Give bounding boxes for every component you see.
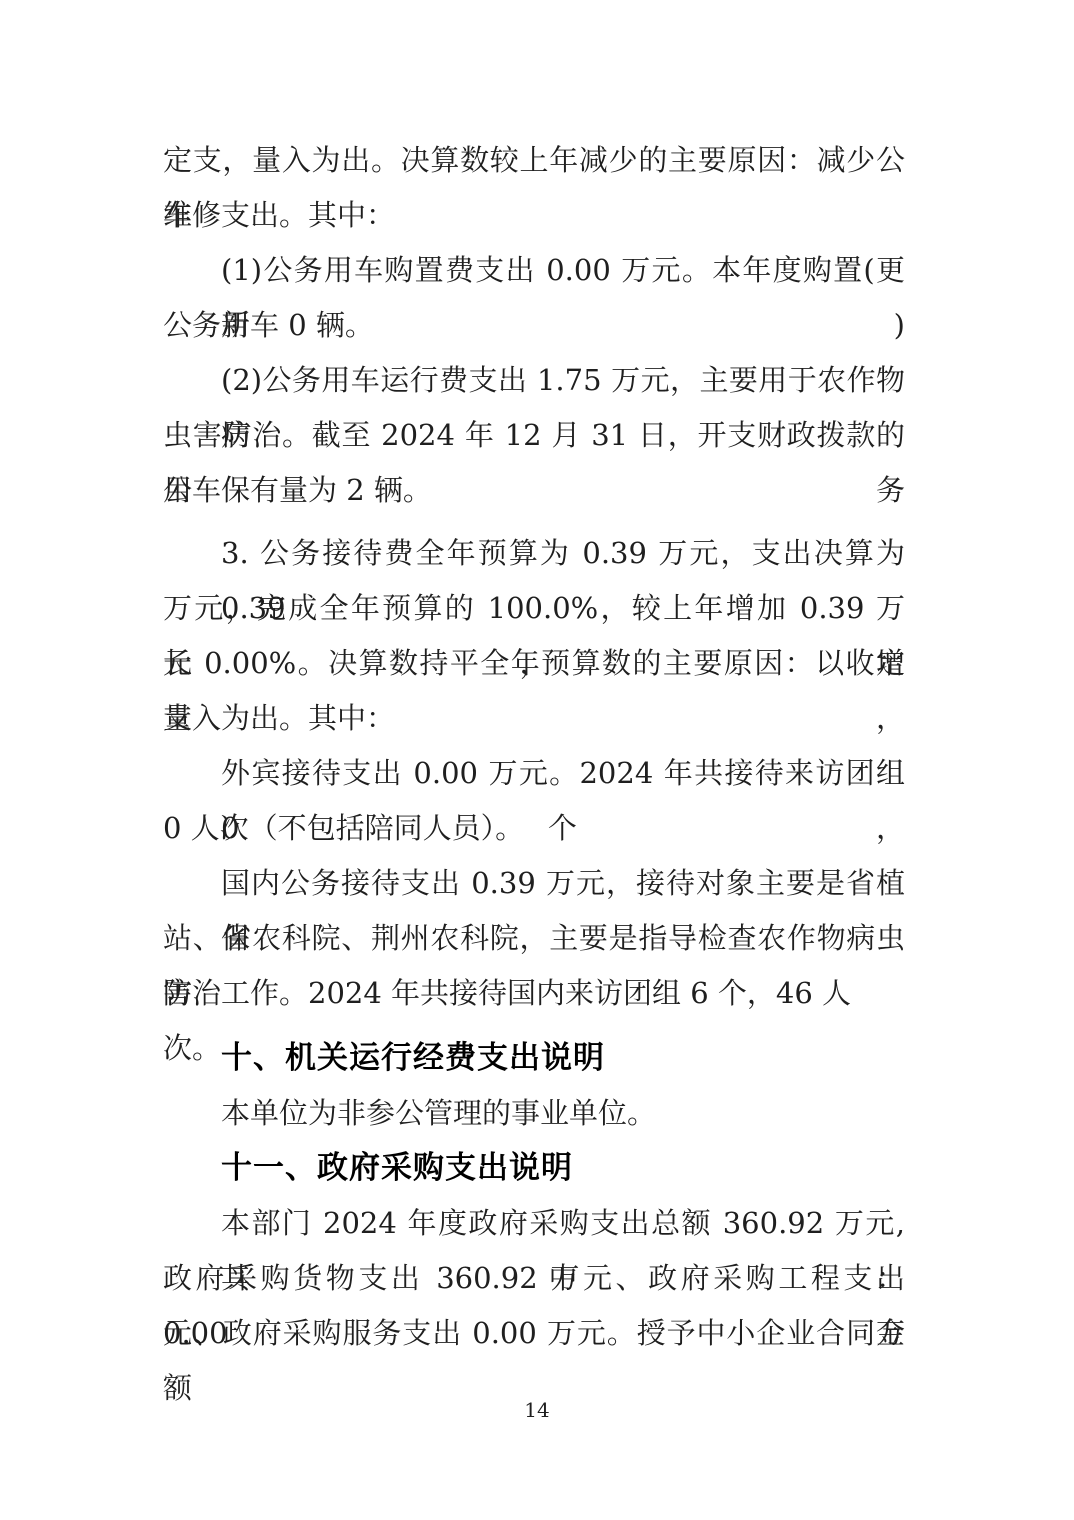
text-line: (2)公务用车运行费支出 1.75 万元，主要用于农作物病 <box>163 353 905 408</box>
text-line: 防治工作。2024 年共接待国内来访团组 6 个，46 人次。 <box>163 966 905 1021</box>
page-number: 14 <box>0 1398 1074 1422</box>
text-line: 外宾接待支出 0.00 万元。2024 年共接待来访团组 0 个， <box>163 746 905 801</box>
text-line: 维修支出。其中： <box>163 188 905 243</box>
text-line: 本部门 2024 年度政府采购支出总额 360.92 万元,其中： <box>163 1196 905 1251</box>
text-line: 万元，完成全年预算的 100.0%，较上年增加 0.39 万元，增 <box>163 581 905 636</box>
text-line: 虫害防治。截至 2024 年 12 月 31 日，开支财政拨款的公务 <box>163 408 905 463</box>
text-line: 3. 公务接待费全年预算为 0.39 万元，支出决算为 0.39 <box>163 526 905 581</box>
text-line: 长 0.00%。决算数持平全年预算数的主要原因：以收定支， <box>163 636 905 691</box>
text-line: 定支，量入为出。决算数较上年减少的主要原因：减少公车 <box>163 133 905 188</box>
text-line: 本单位为非参公管理的事业单位。 <box>163 1086 905 1141</box>
section-heading: 十、机关运行经费支出说明 <box>163 1031 905 1086</box>
text-line: 国内公务接待支出 0.39 万元，接待对象主要是省植保 <box>163 856 905 911</box>
section-heading: 十一、政府采购支出说明 <box>163 1141 905 1196</box>
document-page: 定支，量入为出。决算数较上年减少的主要原因：减少公车维修支出。其中：(1)公务用… <box>0 0 1074 1520</box>
text-line: 站、省农科院、荆州农科院，主要是指导检查农作物病虫害 <box>163 911 905 966</box>
text-line: (1)公务用车购置费支出 0.00 万元。本年度购置(更新) <box>163 243 905 298</box>
text-line: 政府采购货物支出 360.92 万元、政府采购工程支出 0.00 万 <box>163 1251 905 1306</box>
text-line: 元、政府采购服务支出 0.00 万元。授予中小企业合同金额 <box>163 1306 905 1361</box>
document-body: 定支，量入为出。决算数较上年减少的主要原因：减少公车维修支出。其中：(1)公务用… <box>163 133 905 1361</box>
